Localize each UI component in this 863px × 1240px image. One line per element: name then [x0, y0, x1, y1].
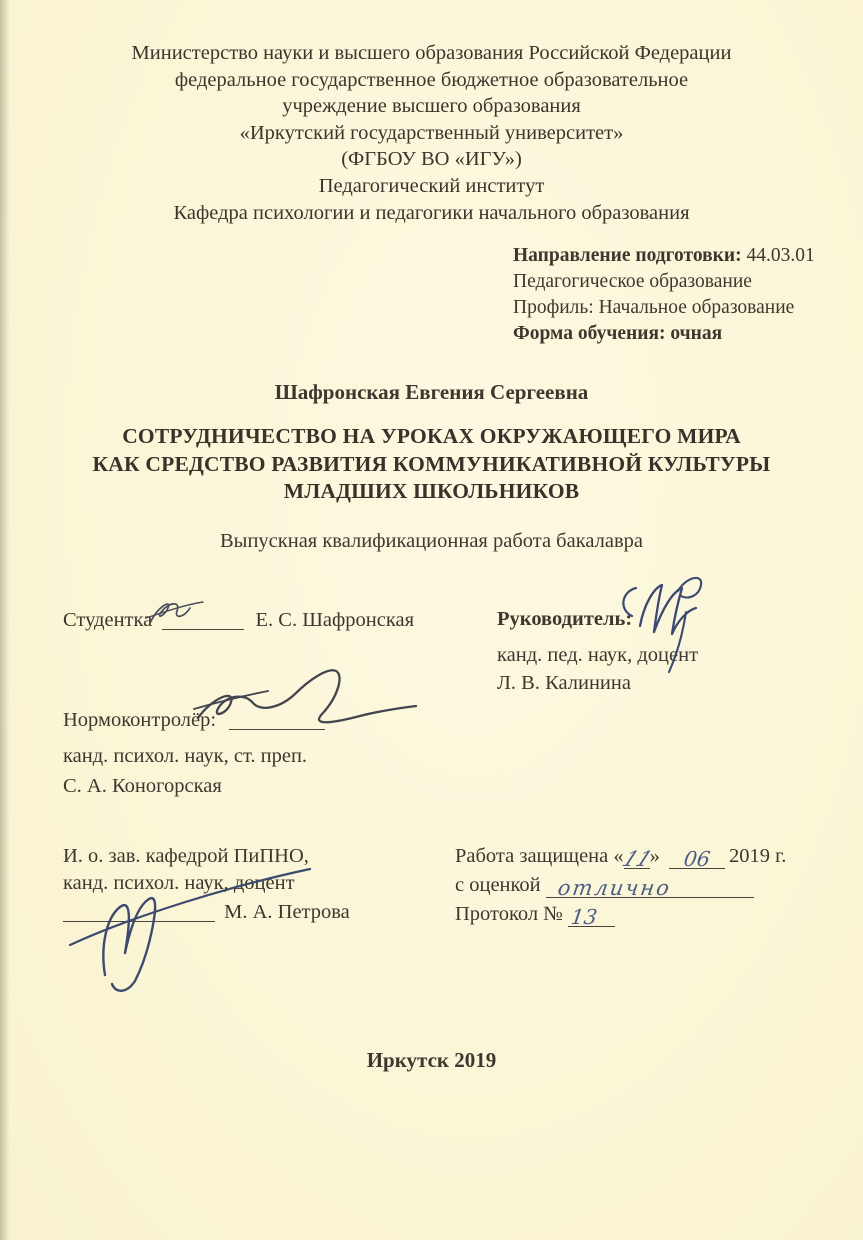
- supervisor-name: Л. В. Калинина: [497, 672, 631, 695]
- defense-grade-blank: отлично: [546, 876, 754, 898]
- defense-protocol-value: 13: [569, 905, 598, 929]
- normcontrol-name: С. А. Коногорская: [63, 775, 222, 798]
- defense-protocol-blank: 13: [568, 905, 615, 927]
- supervisor-degree: канд. пед. наук, доцент: [497, 644, 698, 667]
- student-name: Е. С. Шафронская: [256, 609, 415, 631]
- program-direction-value: 44.03.01: [742, 245, 815, 266]
- normcontrol-signature: [188, 664, 423, 744]
- student-label: Студентка: [63, 609, 152, 631]
- defense-grade-value: отлично: [556, 876, 672, 900]
- header-line-abbrev: (ФГБОУ ВО «ИГУ»): [0, 146, 863, 173]
- defense-year: 2019 г.: [729, 845, 786, 867]
- student-line: Студентка Е. С. Шафронская: [63, 608, 414, 632]
- defense-day-blank: 11: [624, 847, 650, 869]
- thesis-title-line-3: МЛАДШИХ ШКОЛЬНИКОВ: [0, 478, 863, 506]
- program-direction: Направление подготовки: 44.03.01: [513, 243, 815, 269]
- program-form: Форма обучения: очная: [513, 321, 815, 347]
- defense-grade-label: с оценкой: [455, 874, 541, 896]
- thesis-title-line-1: СОТРУДНИЧЕСТВО НА УРОКАХ ОКРУЖАЮЩЕГО МИР…: [0, 423, 863, 451]
- defense-month-blank: 06: [669, 847, 725, 869]
- student-signature-blank: [162, 608, 244, 630]
- header-line-institute: Педагогический институт: [0, 173, 863, 200]
- dept-head-sign-line: М. А. Петрова: [63, 900, 350, 924]
- header-line-department: Кафедра психологии и педагогики начально…: [0, 200, 863, 227]
- thesis-title: СОТРУДНИЧЕСТВО НА УРОКАХ ОКРУЖАЮЩЕГО МИР…: [0, 423, 863, 506]
- program-info: Направление подготовки: 44.03.01 Педагог…: [513, 243, 815, 347]
- defense-date-line: Работа защищена «11» 062019 г.: [455, 845, 786, 869]
- normcontrol-signature-blank: [229, 708, 325, 730]
- dept-head-degree: канд. психол. наук, доцент: [63, 872, 295, 895]
- defense-protocol-line: Протокол № 13: [455, 903, 615, 927]
- normcontrol-line: Нормоконтролёр:: [63, 708, 325, 732]
- city-year: Иркутск 2019: [0, 1048, 863, 1073]
- defense-grade-line: с оценкой отлично: [455, 874, 754, 898]
- program-direction-label: Направление подготовки:: [513, 245, 742, 266]
- header-line-federal: федеральное государственное бюджетное об…: [0, 67, 863, 94]
- dept-head-position: И. о. зав. кафедрой ПиПНО,: [63, 845, 309, 868]
- dept-head-signature-blank: [63, 900, 215, 922]
- thesis-type: Выпускная квалификационная работа бакала…: [0, 530, 863, 553]
- supervisor-label: Руководитель:: [497, 608, 632, 631]
- header-line-university: «Иркутский государственный университет»: [0, 120, 863, 147]
- program-profile: Профиль: Начальное образование: [513, 295, 815, 321]
- program-specialty: Педагогическое образование: [513, 269, 815, 295]
- header-line-institution: учреждение высшего образования: [0, 93, 863, 120]
- institution-header: Министерство науки и высшего образования…: [0, 40, 863, 226]
- dept-head-name: М. А. Петрова: [224, 901, 350, 923]
- thesis-title-line-2: КАК СРЕДСТВО РАЗВИТИЯ КОММУНИКАТИВНОЙ КУ…: [0, 451, 863, 479]
- scanned-title-page: Министерство науки и высшего образования…: [0, 0, 863, 1240]
- defense-prefix: Работа защищена «: [455, 845, 624, 867]
- header-line-ministry: Министерство науки и высшего образования…: [0, 40, 863, 67]
- author-name: Шафронская Евгения Сергеевна: [0, 380, 863, 405]
- defense-protocol-label: Протокол №: [455, 903, 563, 925]
- normcontrol-label: Нормоконтролёр:: [63, 709, 216, 731]
- normcontrol-degree: канд. психол. наук, ст. преп.: [63, 745, 307, 768]
- defense-day-value: 11: [618, 847, 655, 871]
- defense-month-value: 06: [682, 847, 711, 871]
